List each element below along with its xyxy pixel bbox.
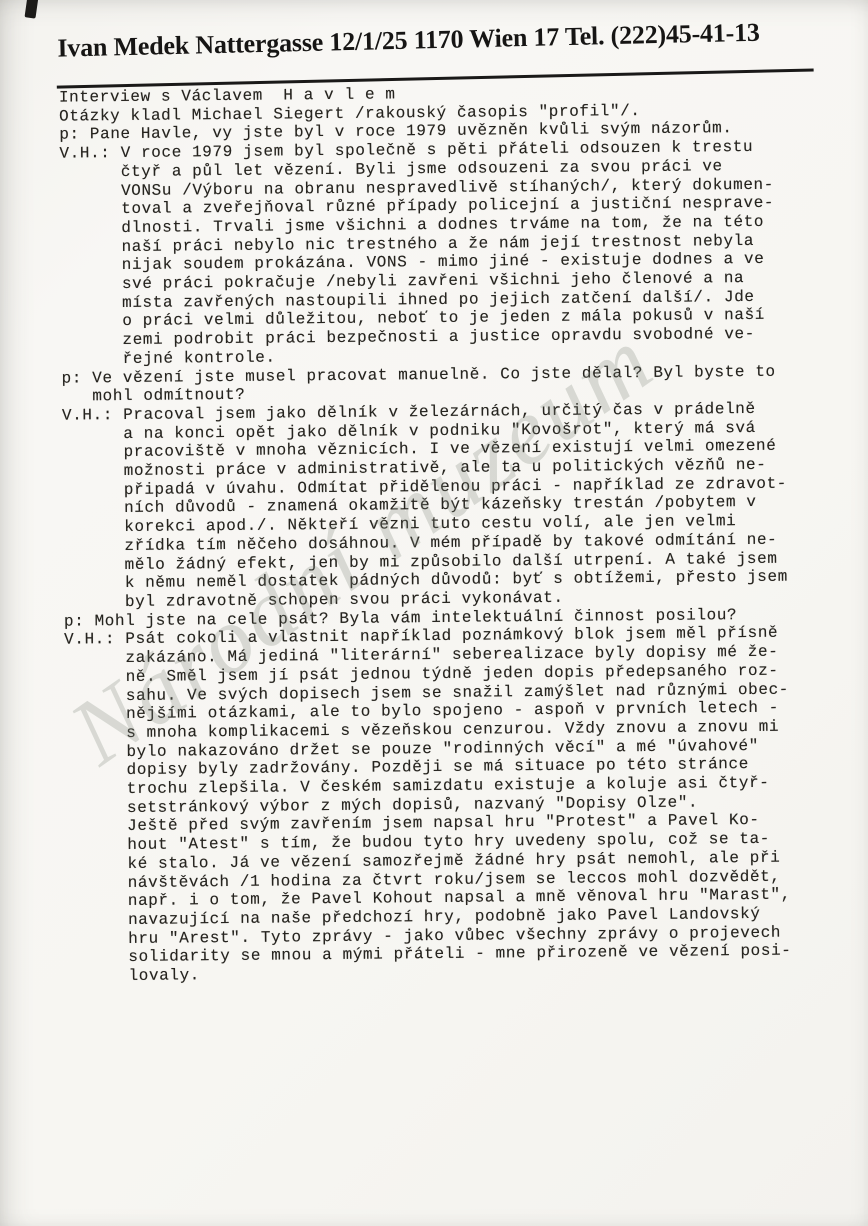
answer-3: V.H.: Psát cokoli a vlastnit například p… (64, 623, 847, 986)
answer-1: V.H.: V roce 1979 jsem byl společně s pě… (59, 137, 841, 369)
letterhead: Ivan Medek Nattergasse 12/1/25 1170 Wien… (57, 16, 825, 63)
page-content: Ivan Medek Nattergasse 12/1/25 1170 Wien… (0, 0, 868, 987)
document-page: Ivan Medek Nattergasse 12/1/25 1170 Wien… (0, 0, 868, 1226)
answer-2: V.H.: Pracoval jsem jako dělník v železá… (62, 399, 844, 612)
typewritten-body: Interview s Václavem H a v l e m Otázky … (59, 81, 848, 986)
